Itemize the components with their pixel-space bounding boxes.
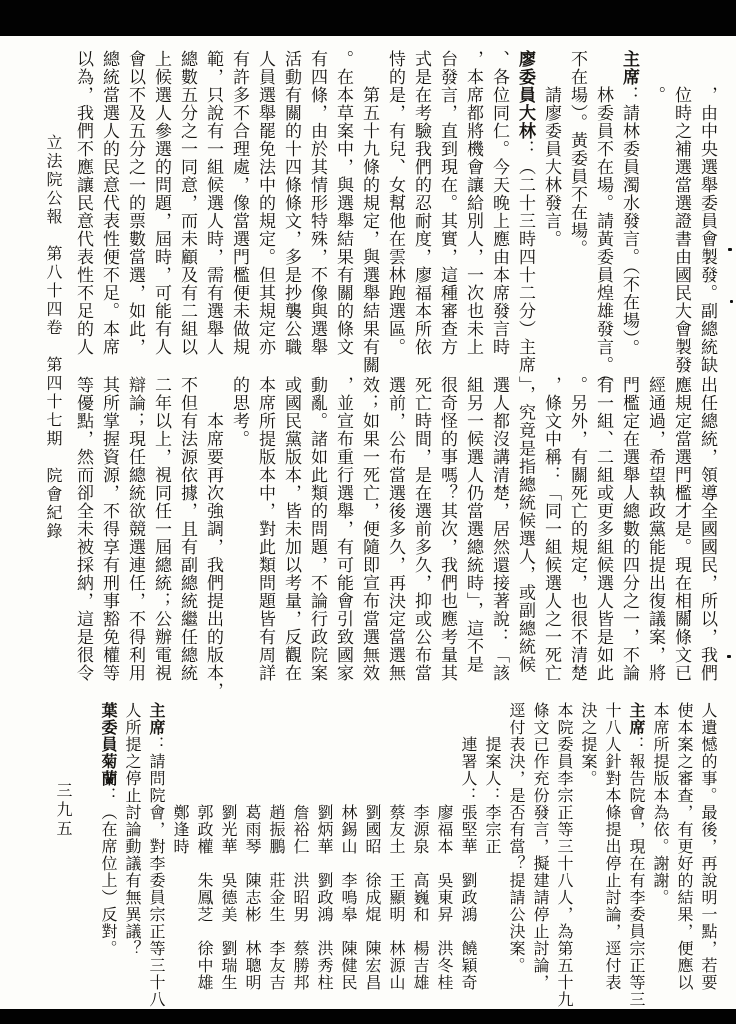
text-segment: ：報告院會，現在有李委員宗正等三: [627, 736, 646, 1008]
text-segment: 式是在考驗我們的忍耐度，廖福本所依: [411, 50, 431, 356]
scan-speck: [728, 248, 732, 251]
text-column: 應規定當選門檻才是。現在相關條文已: [668, 376, 694, 706]
text-segment: 應規定當選門檻才是。現在相關條文已: [671, 376, 691, 682]
text-segment: 死亡時間，是在選前多久，抑或公布當: [411, 376, 431, 682]
speaker-name: 主席: [619, 50, 639, 86]
text-column: 人遺憾的事。最後，再說明一點，若要: [696, 702, 720, 1014]
speaker-name: 廖委員大林: [515, 50, 535, 140]
text-segment: 不在場）。黃委員不在場。: [567, 50, 587, 258]
text-segment: 恃的是，有兒、女幫他在雲林跑選區。: [385, 50, 405, 356]
text-segment: 。在本草案中，與選舉結果有關的條文: [333, 50, 353, 356]
text-segment: 連署人：張堅華 劉政鴻 饒穎奇: [459, 702, 478, 991]
text-segment: 劉國昭 徐成焜 陳宏昌: [363, 702, 382, 991]
text-column: ，由中央選舉委員會製發。副總統缺: [694, 50, 720, 386]
text-segment: 請廖委員大林發言。: [541, 50, 561, 248]
text-column: 本席所提版本中，對此類問題皆有周詳: [252, 376, 278, 706]
text-column: 出任總統，領導全國國民，所以，我們: [694, 376, 720, 706]
text-column: 等優點，然而卻全未被採納，這是很令: [70, 376, 96, 706]
text-segment: ：請林委員濁水發言。（不在場）。: [619, 86, 639, 357]
text-column: 總數五分之一同意，而未顧及有二組以: [174, 50, 200, 386]
text-column: 廖委員大林：（二十三時四十二分）主席: [512, 50, 538, 386]
speaker-name: 主席: [147, 702, 166, 736]
text-segment: 」，究竟是指總統候選人，或副總統候: [515, 376, 535, 674]
text-column: 。: [642, 50, 668, 386]
text-segment: 有一組、二組或更多組候選人皆是如此: [593, 376, 613, 682]
text-segment: 本席所提版本為依。謝謝。: [651, 702, 670, 906]
text-segment: 總統當選人的民意代表性便不足。本席: [99, 50, 119, 356]
text-segment: 郭政權 朱鳳芝 徐中雄: [195, 702, 214, 991]
text-column: 詹裕仁 洪昭男 蔡勝邦: [288, 702, 312, 1014]
text-segment: 林委員不在場。請黃委員煌雄發言。（: [593, 50, 613, 384]
text-column: 範，只說有一組候選人時，需有選舉人: [200, 50, 226, 386]
text-column: 。在本草案中，與選舉結果有關的條文: [330, 50, 356, 386]
text-segment: 動亂。諸如此類的問題，不論行政院案: [307, 376, 327, 682]
text-column: 李源泉 高巍和 楊吉雄: [408, 702, 432, 1014]
text-column: 效；如果一死亡，便隨即宣布當選無效: [356, 376, 382, 706]
text-column: 不在場）。黃委員不在場。: [564, 50, 590, 386]
text-column: 劉國昭 徐成焜 陳宏昌: [360, 702, 384, 1014]
text-segment: 鄭逢時: [171, 702, 190, 855]
text-column: 以為，我們不應讓民意代表性不足的人: [70, 50, 96, 386]
text-segment: 或國民黨版本，皆未加以考量，反觀在: [281, 376, 301, 682]
text-column: 組另一候選人仍當選總統時」，這不是: [460, 376, 486, 706]
text-segment: 上候選人參選的問題，屆時，可能有人: [151, 50, 171, 356]
text-segment: 林錫山 李鳴皋 陳健民: [339, 702, 358, 991]
text-column: 有一組、二組或更多組候選人皆是如此: [590, 376, 616, 706]
text-segment: 蔡友土 王顯明 林源山: [387, 702, 406, 991]
text-segment: 二年以上，視同任一屆總統；公辦電視: [151, 376, 171, 682]
text-segment: 選人都沒講清楚，居然還接著說：「該: [489, 376, 509, 682]
text-segment: 趙振鵬 莊金生 李友吉: [267, 702, 286, 991]
text-segment: 葛雨琴 陳志彬 林聰明: [243, 702, 262, 991]
text-column: 鄭逢時: [168, 702, 192, 1014]
text-column: 死亡時間，是在選前多久，抑或公布當: [408, 376, 434, 706]
text-segment: ，條文中稱：「同一組候選人之一死亡: [541, 376, 561, 682]
text-segment: 劉炳華 劉政鴻 洪秀柱: [315, 702, 334, 991]
text-column: 。另外，有關死亡的規定，也很不清楚: [564, 376, 590, 706]
text-column: 活動有關的十四條條文，多是抄襲公職: [278, 50, 304, 386]
text-segment: 的思考。: [229, 376, 249, 448]
text-column: 請廖委員大林發言。: [538, 50, 564, 386]
text-column: 上候選人參選的問題，屆時，可能有人: [148, 50, 174, 386]
text-column: 台發言，直到現在。其實，這種審查方: [434, 50, 460, 386]
text-band-middle: 出任總統，領導全國國民，所以，我們應規定當選門檻才是。現在相關條文已經通過，希望…: [70, 376, 720, 706]
text-segment: ：請問院會，對李委員宗正等三十八: [147, 736, 166, 1008]
text-segment: 條文已作充份發言，擬建請停止討論，: [531, 702, 550, 991]
text-column: 式是在考驗我們的忍耐度，廖福本所依: [408, 50, 434, 386]
text-segment: 劉光華 吳德美 劉瑞生: [219, 702, 238, 991]
text-segment: 。另外，有關死亡的規定，也很不清楚: [567, 376, 587, 682]
text-column: 主席：報告院會，現在有李委員宗正等三: [624, 702, 648, 1014]
text-band-top: ，由中央選舉委員會製發。副總統缺 位時之補選當選證書由國民大會製發 。主席：請林…: [70, 50, 720, 386]
text-segment: 十八人針對本條提出停止討論，逕付表: [603, 702, 622, 991]
text-segment: 、各位同仁。今天晚上應由本席發言時: [489, 50, 509, 356]
text-column: 其所掌握資源，不得享有刑事豁免權等: [96, 376, 122, 706]
text-band-bottom: 人遺憾的事。最後，再說明一點，若要使本案之審查，有更好的結果，便應以本席所提版本…: [96, 702, 720, 1014]
text-segment: 有四條，由於其情形特殊，不像與選舉: [307, 50, 327, 356]
text-segment: 不但有法源依據，且有副總統繼任總統: [177, 376, 197, 682]
text-column: 使本案之審查，有更好的結果，便應以: [672, 702, 696, 1014]
text-column: 人員選舉罷免法中的規定。但其規定亦: [252, 50, 278, 386]
gazette-page: 立法院公報 第八十四卷 第四十七期 院會紀錄 ，由中央選舉委員會製發。副總統缺 …: [0, 0, 736, 1024]
text-column: 本席要再次強調，我們提出的版本，: [200, 376, 226, 706]
text-segment: 有許多不合理處，像當選門檻便未做規: [229, 50, 249, 356]
text-column: 選人都沒講清楚，居然還接著說：「該: [486, 376, 512, 706]
text-segment: 人員選舉罷免法中的規定。但其規定亦: [255, 50, 275, 356]
text-column: 的思考。: [226, 376, 252, 706]
text-segment: ：（在席位上）反對。: [99, 787, 118, 957]
running-header: 立法院公報 第八十四卷 第四十七期 院會紀錄: [42, 134, 65, 541]
text-column: 劉炳華 劉政鴻 洪秀柱: [312, 702, 336, 1014]
text-segment: 台發言，直到現在。其實，這種審查方: [437, 50, 457, 356]
text-segment: 本院委員李宗正等三十八人，為第五十九: [555, 702, 574, 1008]
text-segment: 本席所提版本中，對此類問題皆有周詳: [255, 376, 275, 682]
text-segment: 經通過，希望執政黨能提出復議案，將: [645, 376, 665, 682]
text-column: 很奇怪的事嗎？其次，我們也應考量其: [434, 376, 460, 706]
text-column: 辯論；現任總統欲競選連任，不得利用: [122, 376, 148, 706]
text-column: 趙振鵬 莊金生 李友吉: [264, 702, 288, 1014]
text-segment: 範，只說有一組候選人時，需有選舉人: [203, 50, 223, 356]
text-segment: 廖福本 吳東昇 洪冬桂: [435, 702, 454, 991]
text-segment: 組另一候選人仍當選總統時」，這不是: [463, 376, 483, 674]
text-column: 經通過，希望執政黨能提出復議案，將: [642, 376, 668, 706]
text-column: ，本席都將機會讓給別人，一次也未上: [460, 50, 486, 386]
text-column: 二年以上，視同任一屆總統；公辦電視: [148, 376, 174, 706]
text-segment: 門檻定在選舉人總數的四分之一，不論: [619, 376, 639, 682]
text-column: 總統當選人的民意代表性便不足。本席: [96, 50, 122, 386]
text-column: 提案人：李宗正: [480, 702, 504, 1014]
text-segment: ，本席都將機會讓給別人，一次也未上: [463, 50, 483, 356]
text-segment: 本席要再次強調，我們提出的版本，: [203, 376, 223, 700]
text-segment: 人所提之停止討論動議有無異議？: [123, 702, 142, 957]
text-column: 連署人：張堅華 劉政鴻 饒穎奇: [456, 702, 480, 1014]
text-column: 林委員不在場。請黃委員煌雄發言。（: [590, 50, 616, 386]
text-column: 本席所提版本為依。謝謝。: [648, 702, 672, 1014]
text-segment: 其所掌握資源，不得享有刑事豁免權等: [99, 376, 119, 682]
scan-speck: [727, 655, 731, 658]
text-column: 會以不及五分之一的票數當選，如此，: [122, 50, 148, 386]
text-segment: 等優點，然而卻全未被採納，這是很令: [73, 376, 93, 682]
text-column: ，條文中稱：「同一組候選人之一死亡: [538, 376, 564, 706]
text-segment: 會以不及五分之一的票數當選，如此，: [125, 50, 145, 356]
text-segment: 使本案之審查，有更好的結果，便應以: [675, 702, 694, 991]
text-column: 十八人針對本條提出停止討論，逕付表: [600, 702, 624, 1014]
text-column: 郭政權 朱鳳芝 徐中雄: [192, 702, 216, 1014]
text-segment: 人遺憾的事。最後，再說明一點，若要: [699, 702, 718, 991]
text-segment: 出任總統，領導全國國民，所以，我們: [697, 376, 717, 682]
text-segment: 效；如果一死亡，便隨即宣布當選無效: [359, 376, 379, 682]
text-segment: 很奇怪的事嗎？其次，我們也應考量其: [437, 376, 457, 682]
text-column: 不但有法源依據，且有副總統繼任總統: [174, 376, 200, 706]
text-segment: ：（二十三時四十二分）主席: [515, 140, 535, 374]
text-column: 主席：請林委員濁水發言。（不在場）。: [616, 50, 642, 386]
text-column: 有四條，由於其情形特殊，不像與選舉: [304, 50, 330, 386]
text-segment: 逕付表決，是否有當？提請公決案。: [507, 702, 526, 974]
text-column: 恃的是，有兒、女幫他在雲林跑選區。: [382, 50, 408, 386]
text-column: 主席：請問院會，對李委員宗正等三十八: [144, 702, 168, 1014]
text-column: 決之提案。: [576, 702, 600, 1014]
speaker-name: 葉委員菊蘭: [99, 702, 118, 787]
text-column: 劉光華 吳德美 劉瑞生: [216, 702, 240, 1014]
text-column: 位時之補選當選證書由國民大會製發: [668, 50, 694, 386]
text-column: 或國民黨版本，皆未加以考量，反觀在: [278, 376, 304, 706]
text-column: 選前，公布當選後多久，再決定當選無: [382, 376, 408, 706]
text-segment: 活動有關的十四條條文，多是抄襲公職: [281, 50, 301, 356]
text-segment: 李源泉 高巍和 楊吉雄: [411, 702, 430, 991]
speaker-name: 主席: [627, 702, 646, 736]
text-segment: 決之提案。: [579, 702, 598, 787]
text-column: 條文已作充份發言，擬建請停止討論，: [528, 702, 552, 1014]
text-column: 葛雨琴 陳志彬 林聰明: [240, 702, 264, 1014]
text-column: 人所提之停止討論動議有無異議？: [120, 702, 144, 1014]
text-segment: 選前，公布當選後多久，再決定當選無: [385, 376, 405, 682]
text-segment: 辯論；現任總統欲競選連任，不得利用: [125, 376, 145, 682]
text-column: 門檻定在選舉人總數的四分之一，不論: [616, 376, 642, 706]
text-column: 本院委員李宗正等三十八人，為第五十九: [552, 702, 576, 1014]
scan-border-top: [0, 0, 736, 36]
text-segment: 總數五分之一同意，而未顧及有二組以: [177, 50, 197, 356]
text-column: ，並宣布重行選舉，有可能會引致國家: [330, 376, 356, 706]
text-column: 廖福本 吳東昇 洪冬桂: [432, 702, 456, 1014]
text-column: 動亂。諸如此類的問題，不論行政院案: [304, 376, 330, 706]
text-segment: 。: [645, 50, 665, 104]
text-column: 、各位同仁。今天晚上應由本席發言時: [486, 50, 512, 386]
text-segment: 以為，我們不應讓民意代表性不足的人: [73, 50, 93, 356]
scan-speck: [688, 610, 691, 612]
text-column: 葉委員菊蘭：（在席位上）反對。: [96, 702, 120, 1014]
text-segment: 詹裕仁 洪昭男 蔡勝邦: [291, 702, 310, 991]
scan-speck: [730, 300, 733, 303]
text-column: 第五十九條的規定，與選舉結果有關: [356, 50, 382, 386]
text-segment: 第五十九條的規定，與選舉結果有關: [359, 50, 379, 374]
text-column: 」，究竟是指總統候選人，或副總統候: [512, 376, 538, 706]
scan-border-bottom: [0, 1009, 736, 1024]
text-column: 蔡友土 王顯明 林源山: [384, 702, 408, 1014]
text-segment: 位時之補選當選證書由國民大會製發: [671, 50, 691, 374]
text-column: 有許多不合理處，像當選門檻便未做規: [226, 50, 252, 386]
text-column: 林錫山 李鳴皋 陳健民: [336, 702, 360, 1014]
text-segment: 提案人：李宗正: [483, 702, 502, 855]
page-number: 三九五: [52, 782, 75, 839]
text-segment: ，由中央選舉委員會製發。副總統缺: [697, 50, 717, 374]
text-segment: ，並宣布重行選舉，有可能會引致國家: [333, 376, 353, 682]
text-column: 逕付表決，是否有當？提請公決案。: [504, 702, 528, 1014]
